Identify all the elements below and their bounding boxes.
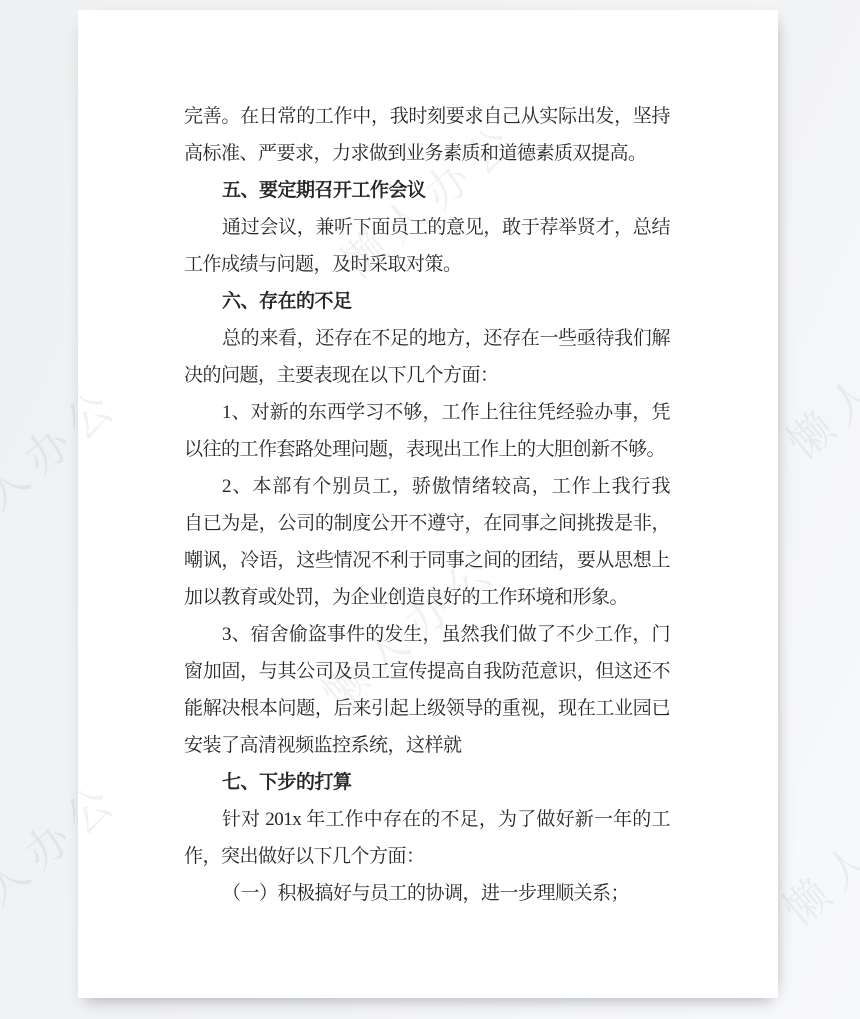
document-line: 窗加固，与其公司及员工宣传提高自我防范意识，但这还不 — [184, 653, 670, 690]
document-line: 总的来看，还存在不足的地方，还存在一些亟待我们解 — [184, 320, 670, 357]
watermark-text: 懒人办公 — [771, 283, 860, 471]
document-line: 工作成绩与问题，及时采取对策。 — [184, 246, 670, 283]
document-line: 以往的工作套路处理问题，表现出工作上的大胆创新不够。 — [184, 431, 670, 468]
document-line: 安装了高清视频监控系统，这样就 — [184, 727, 670, 764]
document-line: 高标准、严要求，力求做到业务素质和道德素质双提高。 — [184, 135, 670, 172]
document-line: 通过会议，兼听下面员工的意见，敢于荐举贤才，总结 — [184, 209, 670, 246]
document-line: 2、本部有个别员工，骄傲情绪较高，工作上我行我素， — [184, 468, 670, 505]
document-text-block: 完善。在日常的工作中，我时刻要求自己从实际出发，坚持高标准、严要求，力求做到业务… — [78, 10, 778, 998]
section-heading: 五、要定期召开工作会议 — [184, 172, 670, 209]
document-line: 作，突出做好以下几个方面： — [184, 838, 670, 875]
document-line: 决的问题，主要表现在以下几个方面： — [184, 357, 670, 394]
section-heading: 七、下步的打算 — [184, 764, 670, 801]
document-line: 针对 201x 年工作中存在的不足，为了做好新一年的工 — [184, 801, 670, 838]
document-line: 3、宿舍偷盗事件的发生，虽然我们做了不少工作，门 — [184, 616, 670, 653]
section-heading: 六、存在的不足 — [184, 283, 670, 320]
document-line: 自已为是，公司的制度公开不遵守，在同事之间挑拨是非， — [184, 505, 670, 542]
document-line: 嘲讽，冷语，这些情况不利于同事之间的团结，要从思想上 — [184, 542, 670, 579]
document-viewer[interactable]: 懒人办公 懒人办公 懒人办公 懒人办公 懒人办公 懒人办公 完善。在日常的工作中… — [0, 0, 860, 1019]
document-line: 加以教育或处罚，为企业创造良好的工作环境和形象。 — [184, 579, 670, 616]
document-line: 1、对新的东西学习不够，工作上往往凭经验办事，凭 — [184, 394, 670, 431]
document-line: 能解决根本问题，后来引起上级领导的重视，现在工业园已 — [184, 690, 670, 727]
watermark-text: 懒人办公 — [767, 750, 860, 938]
document-line: 完善。在日常的工作中，我时刻要求自己从实际出发，坚持 — [184, 98, 670, 135]
document-line: （一）积极搞好与员工的协调，进一步理顺关系； — [184, 875, 670, 912]
